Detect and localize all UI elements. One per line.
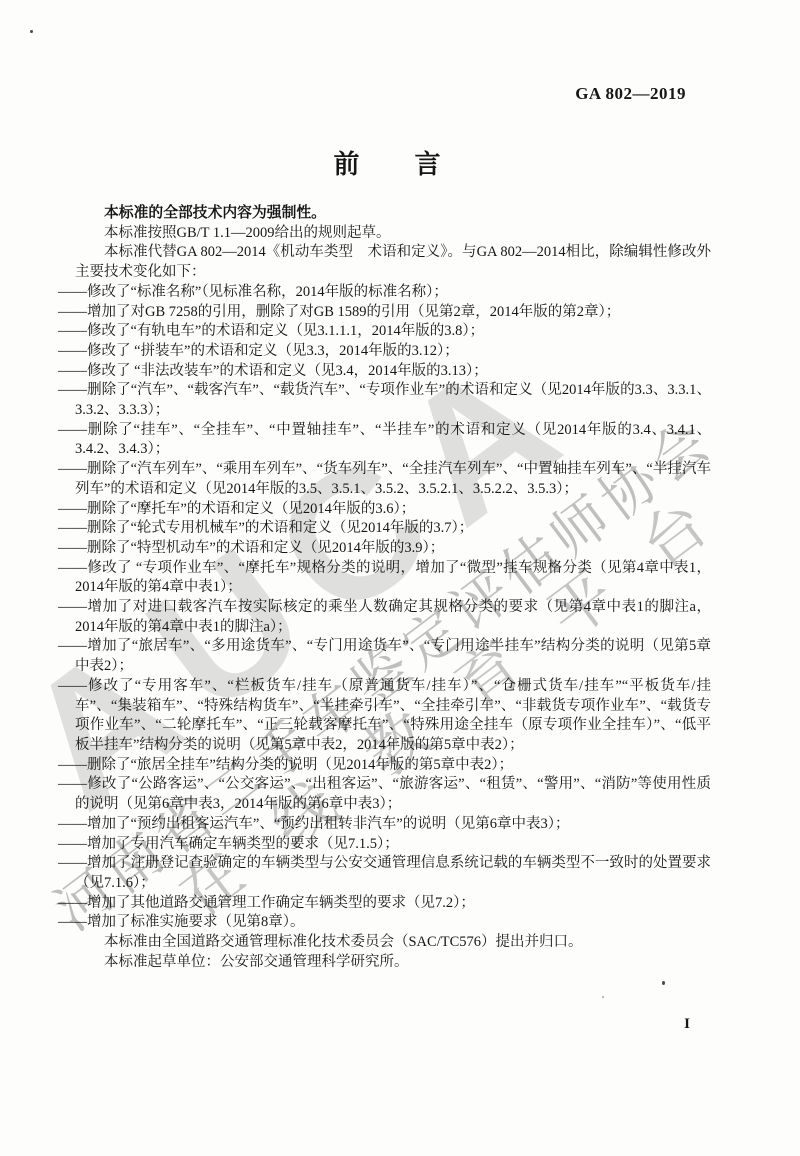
foreword-change-item: ——增加了专用汽车确定车辆类型的要求（见7.1.5）；	[75, 835, 711, 855]
foreword-change-item: ——删除了“汽车列车”、“乘用车列车”、“货车列车”、“全挂汽车列车”、“中置轴…	[75, 460, 711, 499]
foreword-change-item: ——修改了“有轨电车”的术语和定义（见3.1.1.1，2014年版的3.8）；	[75, 322, 711, 342]
foreword-change-item: ——修改了“公路客运”、“公交客运”、“出租客运”、“旅游客运”、“租赁”、“警…	[75, 775, 711, 814]
foreword-change-item: ——增加了“旅居车”、“多用途货车”、“专门用途货车”、“专门用途半挂车”结构分…	[75, 637, 711, 676]
foreword-change-item: ——修改了“专用客车”、“栏板货车/挂车（原普通货车/挂车）”、“仓栅式货车/挂…	[75, 677, 711, 756]
foreword-change-item: ——修改了“标准名称”（见标准名称，2014年版的标准名称）；	[75, 283, 711, 303]
foreword-change-item: ——增加了对进口载客汽车按实际核定的乘坐人数确定其规格分类的要求（见第4章中表1…	[75, 598, 711, 637]
standard-code: GA 802—2019	[575, 84, 686, 104]
foreword-change-item: ——增加了对GB 7258的引用，删除了对GB 1589的引用（见第2章，201…	[75, 303, 711, 323]
foreword-body: 本标准的全部技术内容为强制性。 本标准按照GB/T 1.1—2009给出的规则起…	[75, 204, 711, 972]
scan-speck	[602, 996, 604, 998]
foreword-change-item: ——删除了“特型机动车”的术语和定义（见2014年版的3.9）；	[75, 539, 711, 559]
scan-speck	[30, 30, 33, 33]
foreword-paragraph-drafting-rule: 本标准按照GB/T 1.1—2009给出的规则起草。	[75, 224, 711, 244]
foreword-paragraph-drafting-unit: 本标准起草单位：公安部交通管理科学研究所。	[75, 953, 711, 973]
printed-content: GA 802—2019 前 言 本标准的全部技术内容为强制性。 本标准按照GB/…	[0, 0, 800, 1156]
foreword-change-item: ——删除了“旅居全挂车”结构分类的说明（见2014年版的第5章中表2）；	[75, 756, 711, 776]
foreword-paragraph-replaces: 本标准代替GA 802—2014《机动车类型 术语和定义》。与GA 802—20…	[75, 243, 711, 282]
page-title: 前 言	[75, 144, 700, 181]
page-number: I	[684, 1016, 690, 1033]
document-page: AUCA 河南省二手车鉴定评估师协会 在线教育平台 GA 802—2019 前 …	[0, 0, 800, 1156]
foreword-change-item: ——增加了“预约出租客运汽车”、“预约出租转非汽车”的说明（见第6章中表3）；	[75, 815, 711, 835]
foreword-paragraph-committee: 本标准由全国道路交通管理标准化技术委员会（SAC/TC576）提出并归口。	[75, 933, 711, 953]
foreword-change-item: ——增加了标准实施要求（见第8章）。	[75, 913, 711, 933]
scan-speck	[662, 981, 665, 985]
foreword-change-item: ——删除了“汽车”、“载客汽车”、“载货汽车”、“专项作业车”的术语和定义（见2…	[75, 381, 711, 420]
foreword-change-item: ——删除了“轮式专用机械车”的术语和定义（见2014年版的3.7）；	[75, 519, 711, 539]
foreword-change-item: ——修改了 “拼装车”的术语和定义（见3.3，2014年版的3.12）；	[75, 342, 711, 362]
foreword-change-item: ——删除了“摩托车”的术语和定义（见2014年版的3.6）；	[75, 500, 711, 520]
foreword-change-item: ——修改了 “非法改装车”的术语和定义（见3.4，2014年版的3.13）；	[75, 362, 711, 382]
foreword-change-item: ——删除了“挂车”、“全挂车”、“中置轴挂车”、“半挂车”的术语和定义（见201…	[75, 421, 711, 460]
foreword-change-item: ——增加了其他道路交通管理工作确定车辆类型的要求（见7.2）；	[75, 894, 711, 914]
foreword-paragraph-mandatory: 本标准的全部技术内容为强制性。	[75, 204, 711, 224]
foreword-change-item: ——增加了注册登记查验确定的车辆类型与公安交通管理信息系统记载的车辆类型不一致时…	[75, 854, 711, 893]
foreword-change-item: ——修改了 “专项作业车”、“摩托车”规格分类的说明，增加了“微型”挂车规格分类…	[75, 559, 711, 598]
